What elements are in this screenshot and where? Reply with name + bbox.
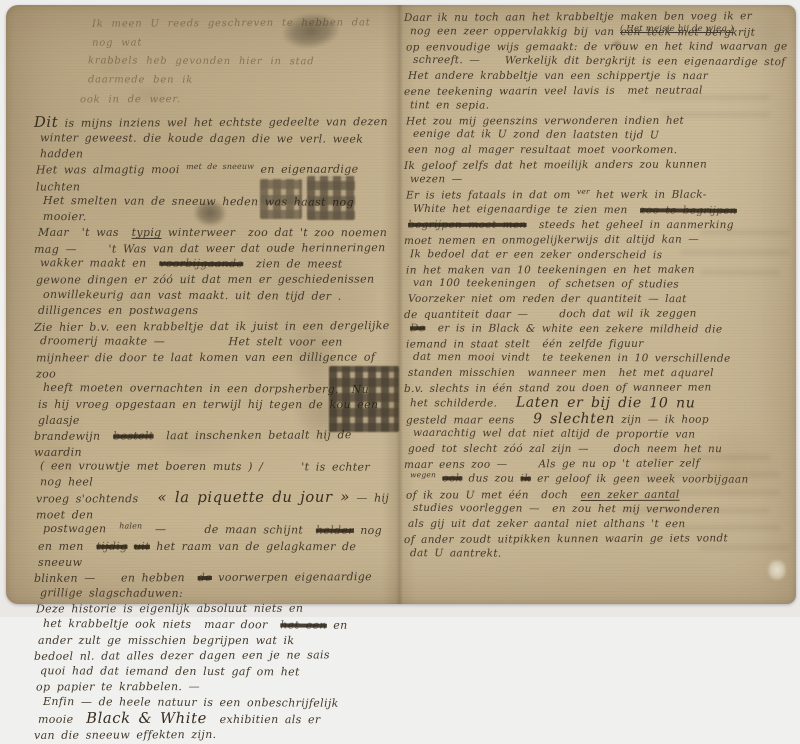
handwriting-segment: Voorzeker niet om reden der quantiteit —… — [408, 293, 687, 305]
handwriting-line: brandewijn bestelt laat inschenken betaa… — [34, 427, 390, 460]
handwriting-line: wezen — — [404, 172, 788, 188]
handwriting-line: Voorzeker niet om reden der quantiteit —… — [404, 292, 788, 307]
handwriting-segment: dus zou — [462, 472, 520, 484]
handwriting-line: als gij uit dat zeker aantal niet althan… — [404, 517, 788, 532]
handwriting-segment: dat U aantrekt. — [410, 547, 502, 559]
handwriting-line: wegen ook dus zou ik er geloof ik geen w… — [404, 471, 788, 488]
handwriting-segment: White het eigenaardige te zien men — [413, 203, 640, 216]
handwriting-segment: mijnheer die door te laat komen van een … — [36, 350, 382, 379]
handwriting-segment: of ik zou U met één doch — [406, 489, 581, 501]
handwriting-segment: wakker maakt en — [40, 257, 159, 271]
handwriting-segment: er is in Black & white een zekere mildhe… — [425, 322, 722, 335]
handwriting-line: de quantiteit daar — doch dat wil ik zeg… — [404, 306, 788, 323]
handwriting-line: droomerij maakte — Het stelt voor een — [34, 334, 390, 351]
handwriting-segment: zien de meest — [243, 257, 342, 270]
handwriting-line-faded: Ik meen U reeds geschreven te hebben dat… — [92, 13, 390, 53]
handwriting-segment: iemand in staat stelt één zelfde figuur — [406, 337, 644, 350]
handwriting-segment: en men — [38, 540, 96, 553]
handwriting-line: dat men mooi vindt te teekenen in 10 ver… — [404, 350, 788, 367]
left-page-text: Ik meen U reeds geschreven te hebben dat… — [34, 14, 390, 617]
handwriting-segment: winterweer zoo dat 't zoo noemen — [162, 226, 388, 239]
handwriting-segment: krabbels heb gevonden hier in stad daarm… — [88, 55, 338, 85]
handwriting-segment: als gij uit dat zeker aantal niet althan… — [408, 518, 686, 530]
handwriting-segment: halen — [119, 522, 142, 531]
handwriting-segment: het werk in Black- — [590, 188, 707, 200]
handwriting-line: gewone dingen er zóó uit dat men er gesc… — [34, 271, 390, 288]
right-page-body: Daar ik nu toch aan het krabbeltje maken… — [404, 10, 788, 561]
handwriting-line: White het eigenaardige te zien men zoo t… — [404, 202, 788, 219]
handwriting-segment: de — [198, 571, 212, 584]
handwriting-line: het schilderde. Laten er bij die 10 nu — [404, 395, 788, 412]
handwriting-segment: ver — [577, 186, 590, 195]
handwriting-segment: voorwerpen eigenaardige — [212, 570, 372, 584]
handwriting-segment: bestelt — [113, 429, 154, 442]
handwriting-segment: Het was almagtig mooi — [36, 163, 186, 176]
handwriting-segment: Het zou mij geenszins verwonderen indien… — [406, 114, 684, 127]
handwriting-line: is hij vroeg opgestaan en terwijl hij te… — [34, 397, 390, 428]
handwriting-segment: De — [410, 322, 425, 334]
handwriting-line: van 100 teekeningen of schetsen of studi… — [404, 276, 788, 293]
handwriting-segment: waarachtig wel dat niet altijd de propor… — [413, 427, 695, 441]
handwriting-segment: Deze historie is eigenlijk absoluut niet… — [36, 602, 303, 616]
handwriting-segment: winter geweest. die koude dagen die we v… — [40, 131, 370, 160]
handwriting-segment: nog — [354, 524, 382, 537]
handwriting-line: mijnheer die door te laat komen van een … — [34, 349, 390, 381]
handwriting-segment: dilligences en postwagens — [38, 304, 198, 317]
handwriting-line: Het smelten van de sneeuw heden was haas… — [34, 193, 390, 226]
handwriting-line: Het was almagtig mooi met de sneeuw en e… — [34, 161, 390, 194]
handwriting-line: en men tijdig uit het raam van de gelagk… — [34, 539, 390, 570]
handwriting-segment: voorbijgaande — [159, 257, 243, 270]
handwriting-line: Deze historie is eigenlijk absoluut niet… — [34, 601, 390, 617]
handwriting-line: of ander zoudt uitpikken kunnen waarin g… — [404, 531, 788, 548]
handwriting-line: winter geweest. die koude dagen die we v… — [34, 130, 390, 163]
handwriting-line: dat U aantrekt. — [404, 546, 788, 562]
handwriting-segment: een zeker aantal — [581, 488, 680, 500]
handwriting-segment: Het andere krabbeltje van een schippertj… — [408, 70, 708, 82]
handwriting-line: vroeg s'ochtends « la piquette du jour »… — [34, 490, 390, 523]
handwriting-segment: zoo te begrijpen — [640, 205, 737, 218]
handwriting-line: Daar ik nu toch aan het krabbeltje maken… — [404, 9, 788, 26]
handwriting-segment: blinken — en hebben — [34, 571, 198, 585]
handwriting-segment: brandewijn — [34, 429, 113, 442]
handwriting-line: moet nemen en onmogelijkerwijs dit altij… — [404, 232, 788, 249]
handwriting-segment: uit — [134, 540, 150, 553]
handwriting-segment: Ik bedoel dat er een zeker onderscheid i… — [410, 248, 662, 261]
handwriting-line: dilligences en postwagens — [34, 303, 390, 319]
handwriting-segment: wegen — [410, 470, 436, 479]
handwriting-line: onwillekeurig aan vast maakt. uit den ti… — [34, 286, 390, 304]
handwriting-segment: ik — [520, 472, 530, 484]
handwriting-segment: Maar 't was — [38, 226, 132, 239]
handwriting-segment: Dit — [34, 114, 58, 131]
handwriting-segment: wezen — — [410, 173, 463, 185]
handwriting-segment: Daar ik nu toch aan het krabbeltje maken… — [404, 10, 752, 24]
handwriting-line: Ik geloof zelfs dat het moeilijk anders … — [404, 157, 788, 174]
handwriting-segment: op eenvoudige wijs gemaakt: de vrouw en … — [406, 40, 788, 53]
handwriting-segment: 9 slechten — [533, 410, 615, 426]
handwriting-line: begrijpen moet men steeds het geheel in … — [404, 218, 788, 233]
handwriting-segment: ook — [442, 472, 462, 484]
handwriting-line: Het andere krabbeltje van een schippertj… — [404, 69, 788, 84]
handwriting-line: goed tot slecht zóó zal zijn — doch neem… — [404, 442, 788, 457]
handwriting-segment: ( een vrouwtje met boeren muts ) / 't is… — [40, 459, 376, 488]
handwriting-line: grillige slagschaduwen: — [34, 585, 390, 602]
handwriting-segment: b.v. slechts in één stand zou doen of wa… — [404, 381, 712, 395]
handwriting-segment: standen misschien wanneer men het met aq… — [408, 367, 714, 379]
handwriting-segment: goed tot slecht zóó zal zijn — doch neem… — [408, 443, 722, 455]
handwriting-segment: met de sneeuw — [186, 161, 254, 170]
handwriting-segment: nog een zeer oppervlakkig bij van een te… — [410, 25, 755, 39]
handwriting-segment: of ander zoudt uitpikken kunnen waarin g… — [404, 532, 728, 546]
handwriting-segment: maar eens zoo — Als ge nu op 't atelier … — [404, 457, 700, 471]
handwriting-line: maar eens zoo — Als ge nu op 't atelier … — [404, 456, 788, 473]
handwriting-line: Maar 't was typig winterweer zoo dat 't … — [34, 225, 390, 241]
faded-opening-paragraph: Ik meen U reeds geschreven te hebben dat… — [34, 14, 390, 109]
handwriting-segment: helder — [316, 524, 354, 537]
handwriting-segment: tijdig — [96, 540, 127, 553]
handwriting-line: Dit is mijns inziens wel het echtste ged… — [34, 113, 390, 131]
handwriting-segment: « la piquette du jour » — [157, 489, 350, 507]
handwriting-segment: vroeg s'ochtends — [36, 492, 158, 505]
handwriting-segment: van 100 teekeningen of schetsen of studi… — [413, 277, 679, 291]
handwriting-segment: heeft moeten overnachten in een dorpsher… — [43, 381, 369, 396]
handwriting-segment: Er is iets fataals in dat om — [406, 189, 577, 201]
handwriting-segment: eenige dat ik U zond den laatsten tijd U — [413, 128, 659, 142]
handwriting-line: tint en sepia. — [404, 98, 788, 114]
handwriting-line: Ik bedoel dat er een zeker onderscheid i… — [404, 247, 788, 263]
handwriting-line: standen misschien wanneer men het met aq… — [404, 366, 788, 381]
handwriting-segment: grillige slagschaduwen: — [40, 586, 183, 600]
handwriting-line: eene teekening waarin veel lavis is met … — [404, 83, 788, 100]
handwriting-segment: tint en sepia. — [410, 99, 489, 111]
handwriting-segment: Ik meen U reeds geschreven te hebben dat… — [92, 17, 379, 49]
handwriting-line: postwagen halen — de maan schijnt helder… — [34, 521, 390, 540]
handwriting-line-faded: krabbels heb gevonden hier in stad daarm… — [82, 51, 390, 90]
right-page-text: ( Het meisje bij de wieg ) Daar ik nu to… — [404, 10, 788, 561]
handwriting-segment: droomerij maakte — Het stelt voor een — [40, 335, 343, 349]
handwriting-segment: studies voorleggen — en zou het mij verw… — [413, 502, 720, 516]
handwriting-segment: is mijns inziens wel het echtste gedeelt… — [58, 115, 388, 130]
handwriting-segment: steeds het geheel in aanmerking — [527, 219, 734, 231]
handwriting-segment: ook in de weer. — [80, 94, 181, 105]
handwriting-line: waarachtig wel dat niet altijd de propor… — [404, 426, 788, 443]
handwriting-segment: eene teekening waarin veel lavis is met … — [404, 84, 703, 98]
handwriting-segment: moet nemen en onmogelijkerwijs dit altij… — [404, 233, 699, 247]
handwriting-segment: gesteld maar eens — [406, 414, 533, 426]
handwriting-segment: zijn — ik hoop — [615, 413, 709, 425]
handwriting-line: heeft moeten overnachten in een dorpsher… — [34, 380, 390, 398]
handwriting-segment: typig — [132, 226, 162, 239]
handwriting-segment: — de maan schijnt — [142, 523, 316, 537]
handwriting-line-faded: ook in de weer. — [78, 90, 390, 110]
left-page-body: Dit is mijns inziens wel het echtste ged… — [34, 114, 390, 617]
handwriting-segment: het schilderde. — [410, 397, 516, 409]
handwriting-segment: gewone dingen er zóó uit dat men er gesc… — [36, 273, 374, 287]
handwriting-segment: Laten er bij die 10 nu — [516, 394, 696, 411]
handwriting-segment: Ik geloof zelfs dat het moeilijk anders … — [404, 158, 707, 172]
handwriting-segment: de quantiteit daar — doch dat wil ik zeg… — [404, 307, 697, 321]
handwriting-segment: onwillekeurig aan vast maakt. uit den ti… — [43, 287, 342, 302]
handwriting-segment: Zie hier b.v. een krabbeltje dat ik juis… — [34, 319, 390, 334]
handwriting-segment: Het smelten van de sneeuw heden was haas… — [43, 194, 360, 223]
handwriting-segment: is hij vroeg opgestaan en terwijl hij te… — [38, 398, 385, 427]
handwriting-segment: een nog al mager resultaat moet voorkome… — [408, 144, 677, 156]
handwriting-segment: dat men mooi vindt te teekenen in 10 ver… — [413, 351, 731, 365]
handwriting-line: blinken — en hebben de voorwerpen eigena… — [34, 569, 390, 586]
handwriting-segment: er geloof ik geen week voorbijgaan — [531, 472, 749, 485]
handwriting-line: De er is in Black & white een zekere mil… — [404, 321, 788, 337]
handwriting-line: eenige dat ik U zond den laatsten tijd U — [404, 127, 788, 144]
handwriting-segment: begrijpen moet men — [408, 219, 527, 231]
handwriting-line: wakker maakt en voorbijgaande zien de me… — [34, 256, 390, 273]
handwriting-segment: in het maken van 10 teekeningen en het m… — [406, 263, 695, 276]
handwriting-line: een nog al mager resultaat moet voorkome… — [404, 143, 788, 158]
handwriting-line: studies voorleggen — en zou het mij verw… — [404, 501, 788, 518]
handwriting-segment: mag — 't Was van dat weer dat oude herin… — [34, 241, 386, 256]
handwriting-segment: schreeft. — Werkelijk dit bergkrijt is e… — [413, 54, 786, 68]
handwriting-line: nog een zeer oppervlakkig bij van een te… — [404, 24, 788, 40]
handwriting-segment: postwagen — [43, 522, 119, 535]
handwriting-line: ( een vrouwtje met boeren muts ) / 't is… — [34, 458, 390, 491]
handwriting-line: schreeft. — Werkelijk dit bergkrijt is e… — [404, 53, 788, 70]
